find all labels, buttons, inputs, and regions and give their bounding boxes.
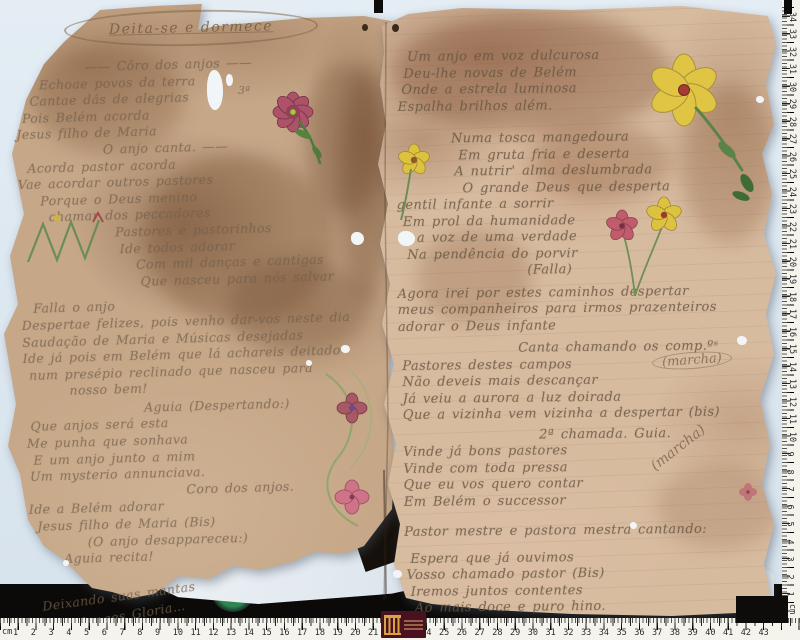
ruler-number: 2 — [31, 628, 36, 638]
ruler-number: 21 — [787, 239, 797, 249]
ruler-number: 43 — [759, 628, 769, 638]
ruler-number: 12 — [787, 396, 797, 406]
ruler-number: 42 — [741, 628, 751, 638]
ruler-number: 26 — [787, 151, 797, 161]
ruler-number: 29 — [787, 99, 797, 109]
ruler-number: 11 — [787, 414, 797, 424]
ruler-unit-label: cm — [2, 627, 12, 637]
ruler-number: 20 — [350, 628, 360, 638]
ruler-number: 14 — [244, 628, 254, 638]
ruler-number: 33 — [787, 29, 797, 39]
manuscript-line: Em Belém o successor — [404, 491, 778, 511]
manuscript-line: Espalha brilhos além. — [398, 96, 774, 116]
scale-ruler-right: cm 1234567891011121314151617181920212223… — [782, 0, 800, 618]
ruler-number: 6 — [102, 628, 107, 638]
ruler-number: 41 — [723, 628, 733, 638]
manuscript-lines-left: —— Côro dos anjos ——Echoae povos da terr… — [14, 51, 391, 614]
ruler-number: 32 — [563, 628, 573, 638]
ruler-number: 19 — [333, 628, 343, 638]
ruler-number: 7 — [120, 628, 125, 638]
ruler-number: 31 — [787, 64, 797, 74]
ruler-number: 5 — [84, 628, 89, 638]
ruler-number: 20 — [787, 256, 797, 266]
ruler-number: 2 — [785, 574, 795, 579]
ruler-number: 8 — [785, 469, 795, 474]
manuscript-lines-right: Um anjo em voz dulcurosaDeu-lhe novas de… — [395, 46, 779, 617]
ruler-number: 1 — [13, 628, 18, 638]
ruler-number: 23 — [787, 204, 797, 214]
ruler-number: 31 — [546, 628, 556, 638]
ruler-number: 12 — [208, 628, 218, 638]
ruler-number: 15 — [787, 344, 797, 354]
ruler-number: 21 — [368, 628, 378, 638]
ruler-number: 33 — [581, 628, 591, 638]
ruler-number: 16 — [787, 326, 797, 336]
ruler-number: 7 — [785, 486, 795, 491]
black-tab-top-center — [374, 0, 383, 13]
ruler-number: 37 — [652, 628, 662, 638]
ruler-number: 3 — [49, 628, 54, 638]
ruler-number: 25 — [439, 628, 449, 638]
ruler-number: 38 — [670, 628, 680, 638]
ruler-number: 14 — [787, 361, 797, 371]
ruler-number: 15 — [262, 628, 272, 638]
ruler-number: 18 — [315, 628, 325, 638]
stamp-text-lines — [404, 620, 423, 630]
ruler-number: 4 — [66, 628, 71, 638]
ruler-number: 35 — [617, 628, 627, 638]
ruler-number: 9 — [155, 628, 160, 638]
ruler-number: 10 — [173, 628, 183, 638]
manuscript-line: Que a vizinha vem vizinha a despertar (b… — [403, 404, 777, 424]
ruler-number: 39 — [688, 628, 698, 638]
manuscript-line: adorar o Deus infante — [398, 316, 776, 336]
ruler-number: 9 — [785, 451, 795, 456]
ruler-number: 8 — [137, 628, 142, 638]
ruler-number: 30 — [787, 81, 797, 91]
manuscript-line: Pastor mestre e pastora mestra cantando: — [404, 521, 778, 541]
ruler-number: 16 — [279, 628, 289, 638]
ruler-number: 29 — [510, 628, 520, 638]
ruler-number: 19 — [787, 274, 797, 284]
ruler-number: 28 — [787, 116, 797, 126]
scanned-manuscript-page: Deita-se e dormece 3ª —— Côro dos anjos … — [0, 0, 800, 640]
ruler-number: 13 — [226, 628, 236, 638]
ruler-number: 10 — [787, 431, 797, 441]
ruler-number: 40 — [705, 628, 715, 638]
ruler-number: 32 — [787, 46, 797, 56]
ruler-unit-label: cm — [787, 604, 797, 614]
ruler-number: 17 — [787, 309, 797, 319]
black-patch-bottom-right — [736, 596, 788, 623]
ruler-number: 26 — [457, 628, 467, 638]
ruler-number: 34 — [599, 628, 609, 638]
black-tab-top-right — [784, 0, 792, 14]
ruler-number: 30 — [528, 628, 538, 638]
ruler-number: 27 — [475, 628, 485, 638]
ruler-number: 17 — [297, 628, 307, 638]
manuscript-line: (Falla) — [527, 260, 775, 279]
ruler-number: 11 — [191, 628, 201, 638]
ruler-number: 36 — [634, 628, 644, 638]
ruler-number: 3 — [785, 556, 795, 561]
ruler-number: 24 — [787, 186, 797, 196]
ruler-number: 27 — [787, 134, 797, 144]
ruler-number: 28 — [492, 628, 502, 638]
ruler-number: 5 — [785, 521, 795, 526]
ruler-number: 22 — [787, 221, 797, 231]
ruler-number: 4 — [785, 539, 795, 544]
page-title: Deita-se e dormece — [109, 18, 273, 37]
institution-stamp — [381, 611, 426, 638]
ruler-number: 25 — [787, 169, 797, 179]
building-columns-icon — [384, 615, 401, 635]
ruler-number: 6 — [785, 504, 795, 509]
ruler-number: 18 — [787, 291, 797, 301]
ruler-number: 13 — [787, 379, 797, 389]
